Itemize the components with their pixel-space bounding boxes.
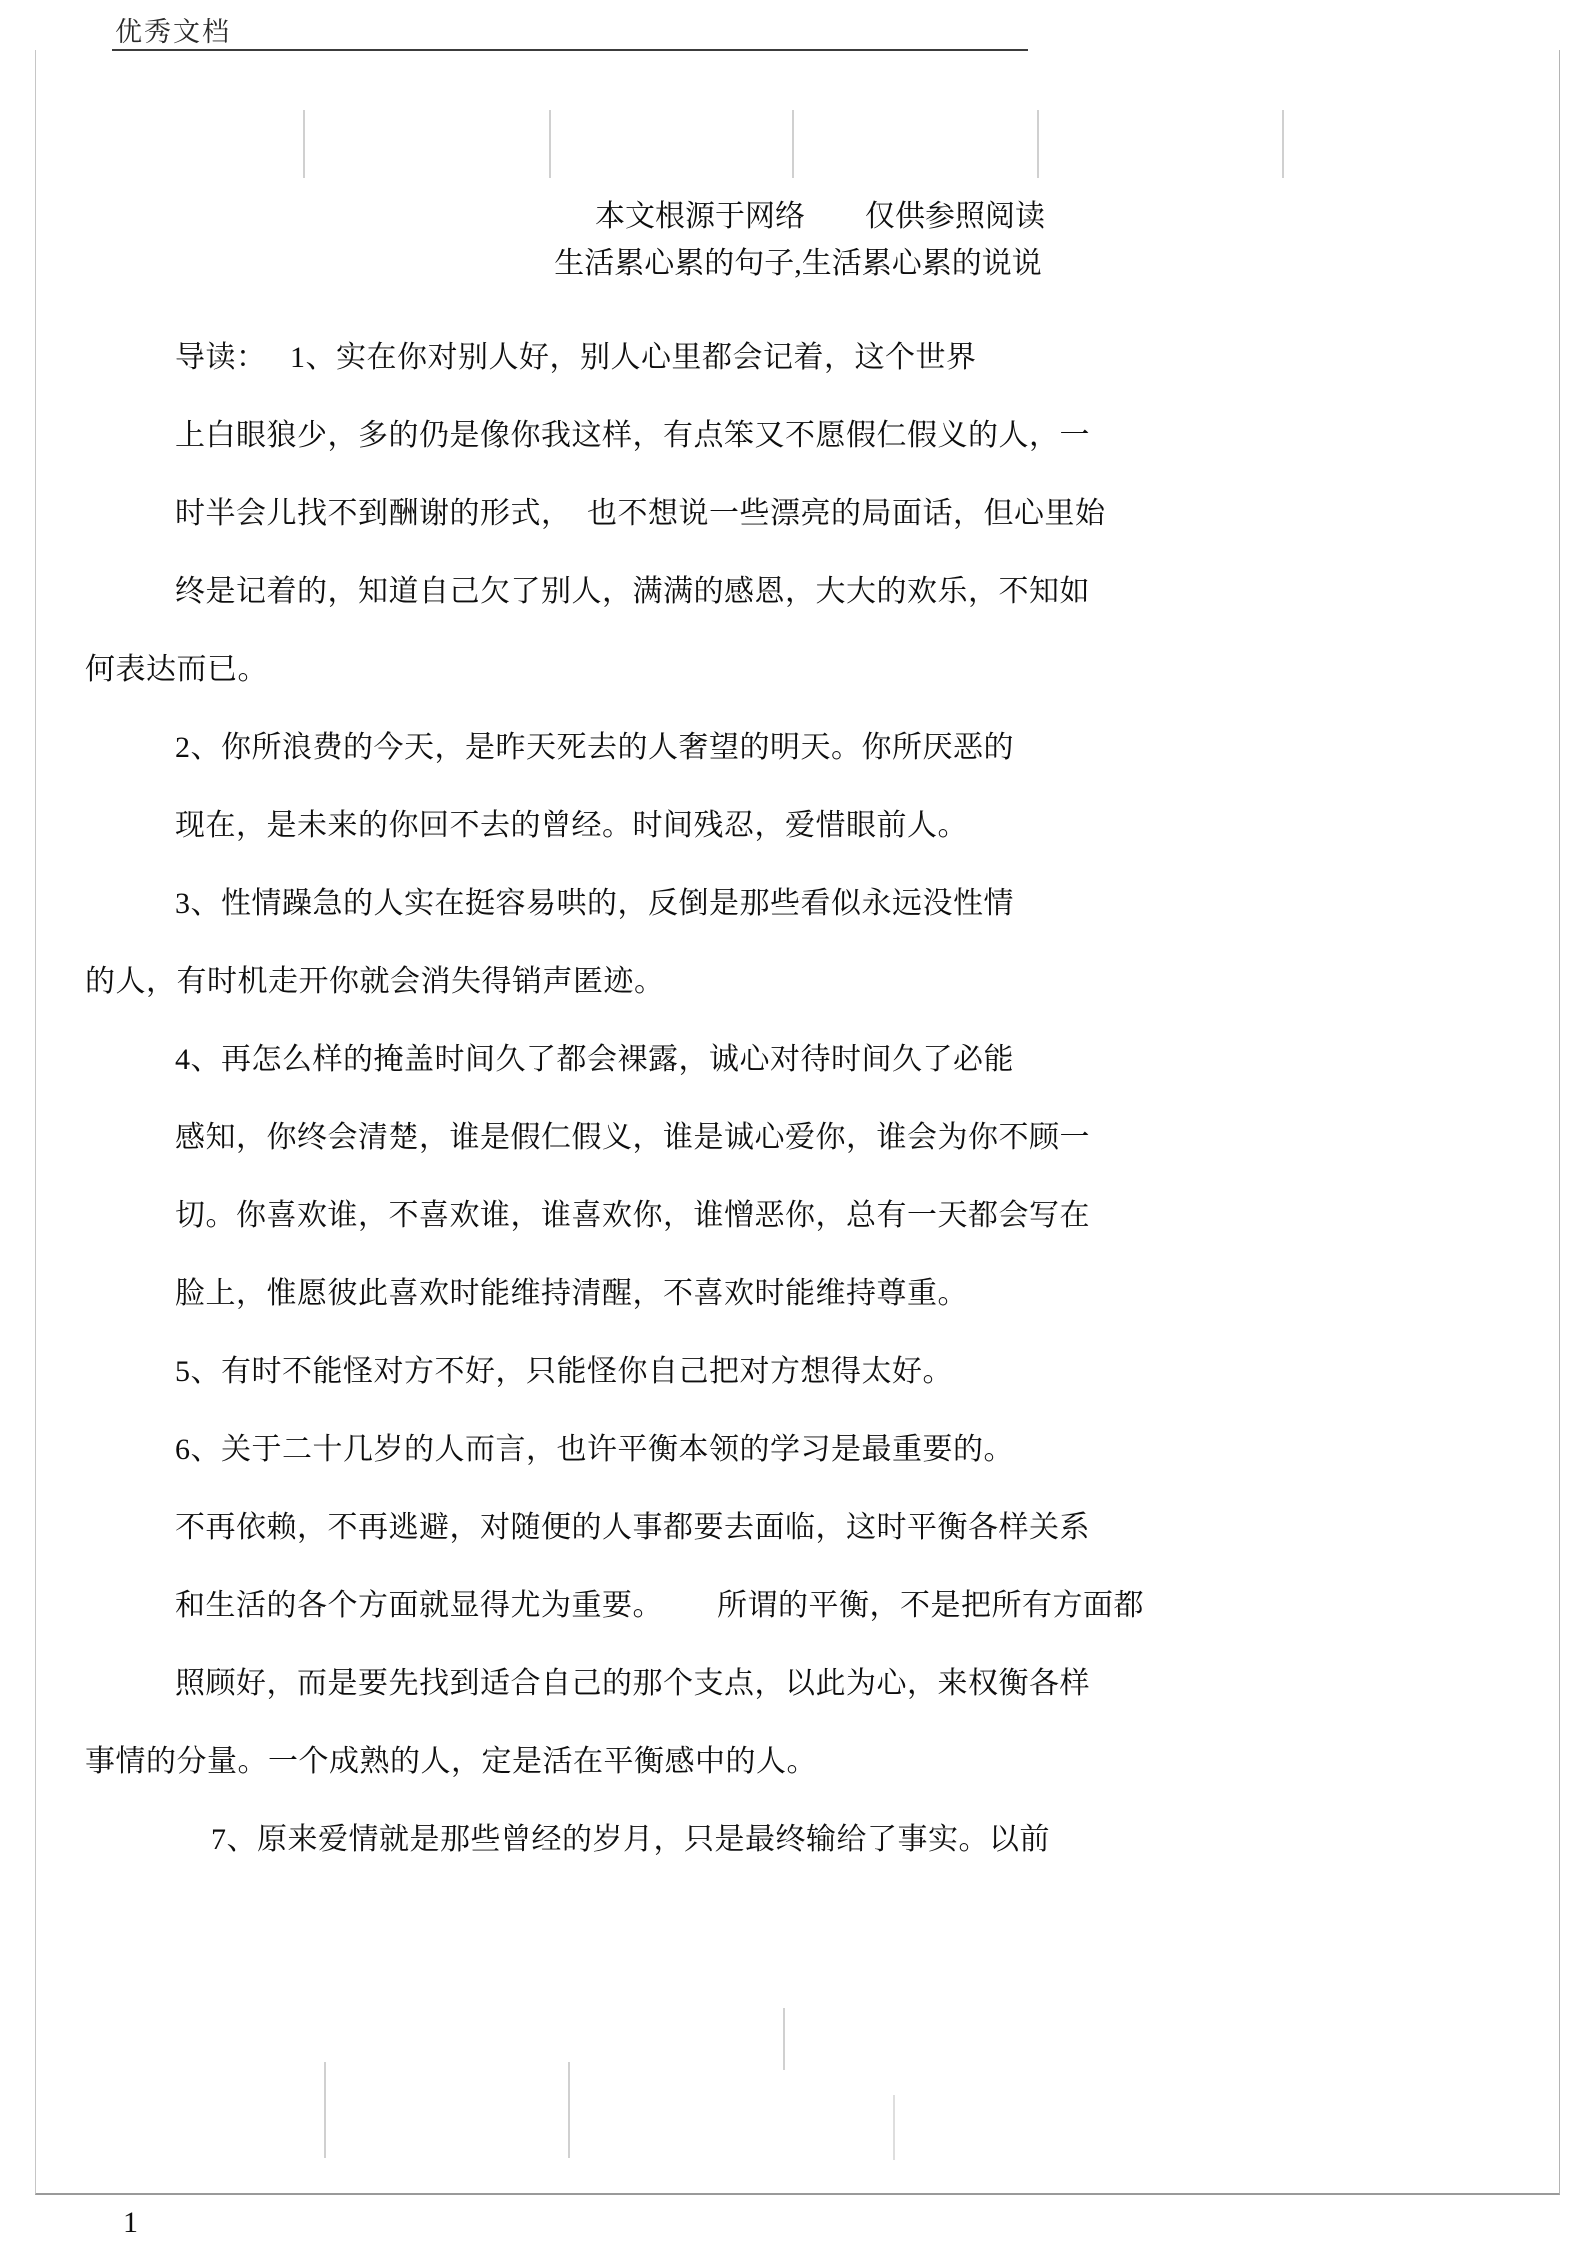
gridline-artifact — [1037, 110, 1039, 178]
doc-line: 事情的分量。一个成熟的人，定是活在平衡感中的人。 — [85, 1746, 817, 1778]
gridline-artifact — [549, 110, 551, 178]
doc-line: 7、原来爱情就是那些曾经的岁月，只是最终输给了事实。以前 — [211, 1824, 1050, 1856]
doc-line: 上白眼狼少，多的仍是像你我这样，有点笨又不愿假仁假义的人，一 — [175, 420, 1090, 452]
doc-title-main: 生活累心累的句子,生活累心累的说说 — [35, 238, 1561, 282]
gridline-artifact — [893, 2095, 895, 2160]
doc-line: 3、性情躁急的人实在挺容易哄的，反倒是那些看似永远没性情 — [175, 888, 1014, 920]
doc-line: 不再依赖，不再逃避，对随便的人事都要去面临，这时平衡各样关系 — [175, 1512, 1090, 1544]
gridline-artifact — [792, 110, 794, 178]
doc-line: 2、你所浪费的今天，是昨天死去的人奢望的明天。你所厌恶的 — [175, 732, 1014, 764]
doc-line: 导读： 1、实在你对别人好，别人心里都会记着，这个世界 — [175, 342, 977, 374]
document-header-label: 优秀文档 — [115, 10, 231, 49]
doc-line: 和生活的各个方面就显得尤为重要。 所谓的平衡，不是把所有方面都 — [175, 1590, 1144, 1622]
gridline-artifact — [783, 2008, 785, 2070]
doc-line: 脸上，惟愿彼此喜欢时能维持清醒，不喜欢时能维持尊重。 — [175, 1278, 968, 1310]
doc-line: 的人，有时机走开你就会消失得销声匿迹。 — [85, 966, 665, 998]
gridline-artifact — [568, 2062, 570, 2158]
doc-line: 5、有时不能怪对方不好，只能怪你自己把对方想得太好。 — [175, 1356, 953, 1388]
doc-line: 6、关于二十几岁的人而言，也许平衡本领的学习是最重要的。 — [175, 1434, 1014, 1466]
doc-title-source-note: 本文根源于网络 仅供参照阅读 — [90, 191, 1550, 235]
page-number: 1 — [123, 2206, 138, 2240]
gridline-artifact — [324, 2062, 326, 2158]
doc-line: 感知，你终会清楚，谁是假仁假义，谁是诚心爱你，谁会为你不顾一 — [175, 1122, 1090, 1154]
gridline-artifact — [303, 110, 305, 178]
doc-line: 何表达而已。 — [85, 654, 268, 686]
doc-line: 切。你喜欢谁，不喜欢谁，谁喜欢你，谁憎恶你，总有一天都会写在 — [175, 1200, 1090, 1232]
doc-line: 现在，是未来的你回不去的曾经。时间残忍，爱惜眼前人。 — [175, 810, 968, 842]
gridline-artifact — [1282, 110, 1284, 178]
doc-line: 照顾好，而是要先找到适合自己的那个支点，以此为心，来权衡各样 — [175, 1668, 1090, 1700]
doc-line: 4、再怎么样的掩盖时间久了都会裸露，诚心对待时间久了必能 — [175, 1044, 1014, 1076]
doc-line: 时半会儿找不到酬谢的形式， 也不想说一些漂亮的局面话，但心里始 — [175, 498, 1106, 530]
doc-line: 终是记着的，知道自己欠了别人，满满的感恩，大大的欢乐，不知如 — [175, 576, 1090, 608]
